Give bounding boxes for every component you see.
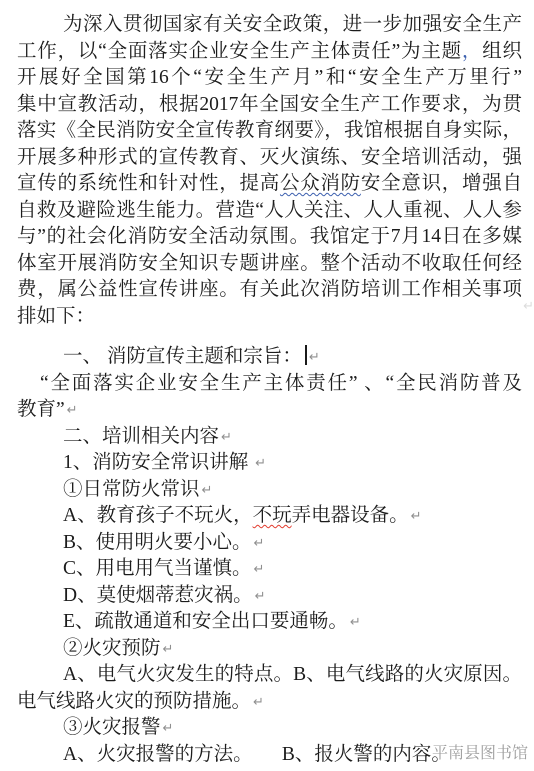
- text-line: 一、 消防宣传主题和宗旨：↵: [17, 344, 522, 371]
- text-run: ①日常防火常识: [63, 479, 200, 500]
- text-run: 宣传的系统性和针对性，提高: [17, 173, 280, 194]
- text-run: 教育”: [17, 399, 65, 420]
- text-run: 自救及避险逃生能力。营造“人人关注、人人重视、人人参: [17, 200, 522, 221]
- text-run: “全面落实企业安全生产主体责任” 、“全民消防普及: [40, 373, 522, 394]
- text-line: 开展好全国第16个“安全生产月”和“安全生产万里行”: [17, 65, 522, 92]
- text-run: 公众消防: [280, 173, 361, 194]
- text-line: 为深入贯彻国家有关安全政策，进一步加强安全生产: [17, 12, 522, 39]
- text-line: 体室开展消防安全知识专题讲座。整个活动不收取任何经: [17, 251, 522, 278]
- text-line: 自救及避险逃生能力。营造“人人关注、人人重视、人人参: [17, 198, 522, 225]
- text-line: 工作，以“全面落实企业安全生产主体责任”为主题，组织: [17, 39, 522, 66]
- text-line: 落实《全民消防安全宣传教育纲要》，我馆根据自身实际，: [17, 118, 522, 145]
- text-run: 二、培训相关内容: [63, 426, 219, 447]
- paragraph-mark-icon: ↵: [163, 642, 174, 657]
- text-run: 为深入贯彻国家有关安全政策，进一步加强安全生产: [63, 14, 522, 35]
- text-line: B、使用明火要小心。↵: [17, 530, 522, 557]
- text-run: 1、消防安全常识讲解: [63, 452, 253, 473]
- text-run: E、疏散通道和安全出口要通畅。: [63, 611, 348, 632]
- library-watermark: 平南县图书馆: [432, 740, 528, 763]
- text-run: A、教育孩子不玩火，: [63, 505, 253, 526]
- text-line: C、用电用气当谨慎。↵: [17, 556, 522, 583]
- paragraph-mark-icon: ↵: [67, 403, 78, 418]
- text-line: 教育”↵: [17, 397, 522, 424]
- text-line: 电气线路火灾的预防措施。↵: [17, 689, 522, 716]
- text-run: 与”的社会化消防安全活动氛围。我馆定于7月14日在多媒: [17, 226, 522, 247]
- document-text-body: 为深入贯彻国家有关安全政策，进一步加强安全生产工作，以“全面落实企业安全生产主体…: [17, 12, 522, 768]
- text-run: 电气线路火灾的预防措施。: [17, 691, 251, 712]
- paragraph-mark-icon: ↵: [255, 456, 266, 471]
- paragraph-mark-icon: ↵: [350, 615, 361, 630]
- text-line: 费，属公益性宣传讲座。有关此次消防培训工作相关事项安: [17, 277, 522, 304]
- text-line: D、莫使烟蒂惹灾祸。↵: [17, 583, 522, 610]
- paragraph-mark-icon: ↵: [255, 589, 266, 604]
- text-line: 开展多种形式的宣传教育、灭火演练、安全培训活动，强化: [17, 145, 522, 172]
- faint-paragraph-mark-icon: ↵: [523, 299, 534, 314]
- text-run: C、用电用气当谨慎。: [63, 558, 252, 579]
- text-run: 排如下：: [17, 306, 95, 327]
- text-run: 开展多种形式的宣传教育、灭火演练、安全培训活动，强化: [17, 147, 522, 172]
- text-run: A、火灾报警的方法。: [63, 744, 243, 765]
- text-line: 1、消防安全常识讲解 ↵: [17, 450, 522, 477]
- text-run: ②火灾预防: [63, 638, 161, 659]
- text-run: 落实《全民消防安全宣传教育纲要》，我馆根据自身实际，: [17, 120, 522, 141]
- text-line: 二、培训相关内容↵: [17, 424, 522, 451]
- text-run: B、报火警的内容。: [282, 744, 451, 765]
- text-line: E、疏散通道和安全出口要通畅。↵: [17, 609, 522, 636]
- paragraph-mark-icon: ↵: [309, 350, 320, 365]
- text-run: 体室开展消防安全知识专题讲座。整个活动不收取任何经: [17, 253, 522, 274]
- text-run: A、电气火灾发生的特点。B、电气线路的火灾原因。C、: [63, 664, 522, 689]
- text-run: 不玩: [253, 505, 292, 526]
- paragraph-mark-icon: ↵: [202, 483, 213, 498]
- text-line: A、电气火灾发生的特点。B、电气线路的火灾原因。C、: [17, 662, 522, 689]
- text-run: 一、 消防宣传主题和宗旨：: [63, 346, 302, 367]
- text-run: B、使用明火要小心。: [63, 532, 252, 553]
- blank-line: [17, 330, 522, 344]
- text-line: 集中宣教活动，根据2017年全国安全生产工作要求，为贯彻: [17, 92, 522, 119]
- text-caret: [305, 345, 307, 365]
- text-run: ，: [462, 41, 482, 62]
- text-run: 集中宣教活动，根据2017年全国安全生产工作要求，为贯彻: [17, 94, 522, 119]
- text-run: ③火灾报警: [63, 717, 161, 738]
- text-run: 开展好全国第16个“安全生产月”和“安全生产万里行”: [17, 67, 522, 88]
- text-run: 弄电器设备。: [292, 505, 409, 526]
- text-run: D、莫使烟蒂惹灾祸。: [63, 585, 253, 606]
- text-line: ②火灾预防↵: [17, 636, 522, 663]
- document-page: 为深入贯彻国家有关安全政策，进一步加强安全生产工作，以“全面落实企业安全生产主体…: [0, 0, 534, 771]
- paragraph-mark-icon: ↵: [163, 721, 174, 736]
- text-run: [243, 744, 282, 765]
- text-line: 排如下：: [17, 304, 522, 331]
- text-run: 工作，以“全面落实企业安全生产主体责任”为主题: [17, 41, 462, 62]
- text-line: ③火灾报警↵: [17, 715, 522, 742]
- paragraph-mark-icon: ↵: [253, 695, 264, 710]
- paragraph-mark-icon: ↵: [254, 536, 265, 551]
- text-line: A、教育孩子不玩火，不玩弄电器设备。↵: [17, 503, 522, 530]
- paragraph-mark-icon: ↵: [411, 509, 422, 524]
- text-line: “全面落实企业安全生产主体责任” 、“全民消防普及: [17, 371, 522, 398]
- text-line: 与”的社会化消防安全活动氛围。我馆定于7月14日在多媒: [17, 224, 522, 251]
- text-line: 宣传的系统性和针对性，提高公众消防安全意识，增强自防: [17, 171, 522, 198]
- text-run: 组织: [482, 41, 522, 62]
- paragraph-mark-icon: ↵: [254, 562, 265, 577]
- text-run: 费，属公益性宣传讲座。有关此次消防培训工作相关事项安: [17, 279, 522, 304]
- paragraph-mark-icon: ↵: [221, 430, 232, 445]
- text-line: ①日常防火常识↵: [17, 477, 522, 504]
